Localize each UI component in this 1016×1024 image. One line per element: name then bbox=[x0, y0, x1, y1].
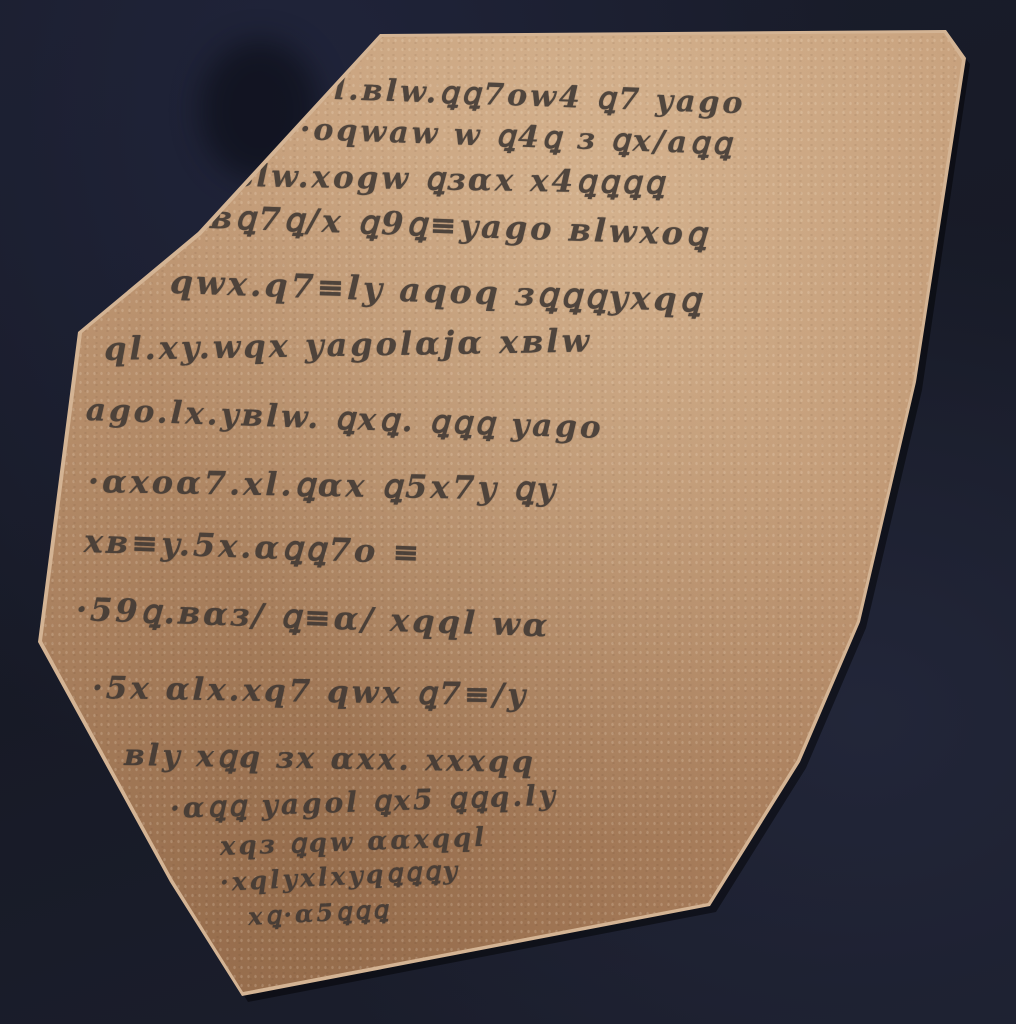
inscription-line-12: ʙly xꝗq ɜx ɑxx. xxxqq bbox=[124, 738, 537, 780]
inscription-line-11: ·5x ɑlx.xq7 qwx ꝗ7≡/y bbox=[92, 670, 529, 714]
ostracon: l.ʙlw.ꝗꝗ7ow4 ꝗ7 yago ·oqwaw w ꝗ4ꝗ ɜ ꝗx/a… bbox=[0, 0, 1016, 1024]
photo-scene: l.ʙlw.ꝗꝗ7ow4 ꝗ7 yago ·oqwaw w ꝗ4ꝗ ɜ ꝗx/a… bbox=[0, 0, 1016, 1024]
inscription-line-3: slw.xogw ꝗɜɑx x4ꝗꝗꝗꝗ bbox=[236, 158, 667, 202]
